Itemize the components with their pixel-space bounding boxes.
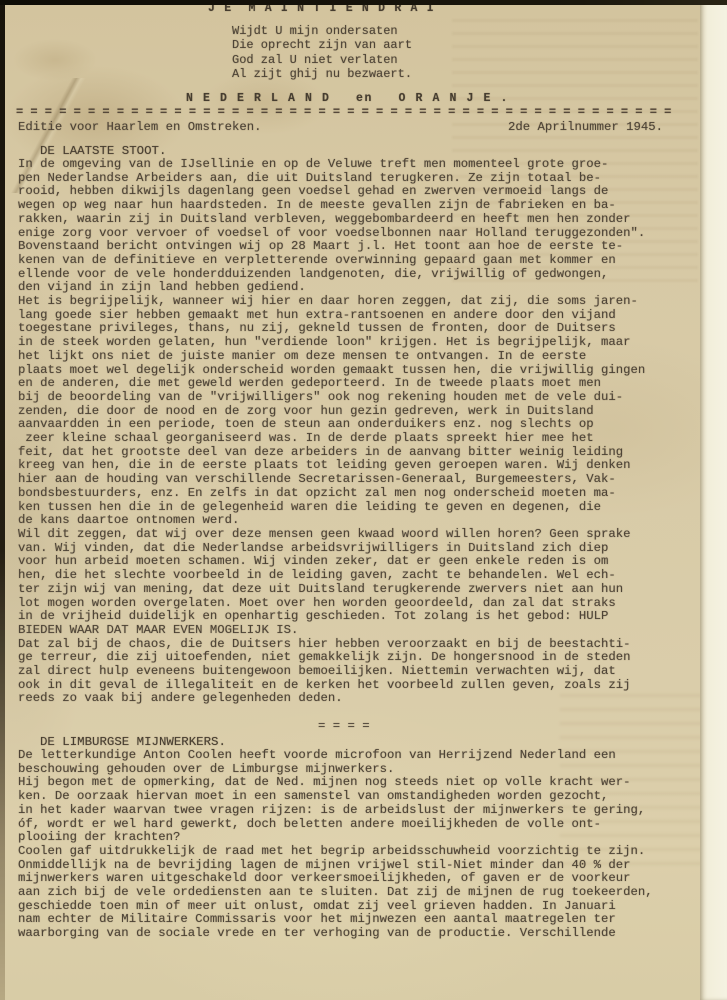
masthead-rule: = = = = = = = = = = = = = = = = = = = = … — [16, 105, 671, 119]
scan-edge-left — [0, 0, 5, 1000]
edition-row: Editie voor Haarlem en Omstreken. 2de Ap… — [18, 120, 663, 134]
edition-label: Editie voor Haarlem en Omstreken. — [18, 120, 262, 134]
scanned-newspaper-page: J E M A I N T I E N D R A I Wijdt U mijn… — [0, 0, 727, 1000]
article-separator: = = = = — [318, 719, 370, 733]
article-title-limburgse-mijnwerkers: DE LIMBURGSE MIJNWERKERS. — [40, 735, 226, 749]
article-body-laatste-stoot: In de omgeving van de IJsellinie en op d… — [18, 158, 645, 706]
article-body-limburgse-mijnwerkers: De letterkundige Anton Coolen heeft voor… — [18, 749, 653, 941]
scan-margin-right — [700, 0, 727, 1000]
issue-date-label: 2de Aprilnummer 1945. — [508, 120, 663, 134]
article-title-laatste-stoot: DE LAATSTE STOOT. — [40, 144, 166, 158]
newspaper-masthead: N E D E R L A N D en O R A N J E . — [186, 92, 509, 105]
wilhelmus-verse: Wijdt U mijn ondersaten Die oprecht zijn… — [232, 24, 412, 81]
scan-edge-top — [0, 0, 727, 5]
